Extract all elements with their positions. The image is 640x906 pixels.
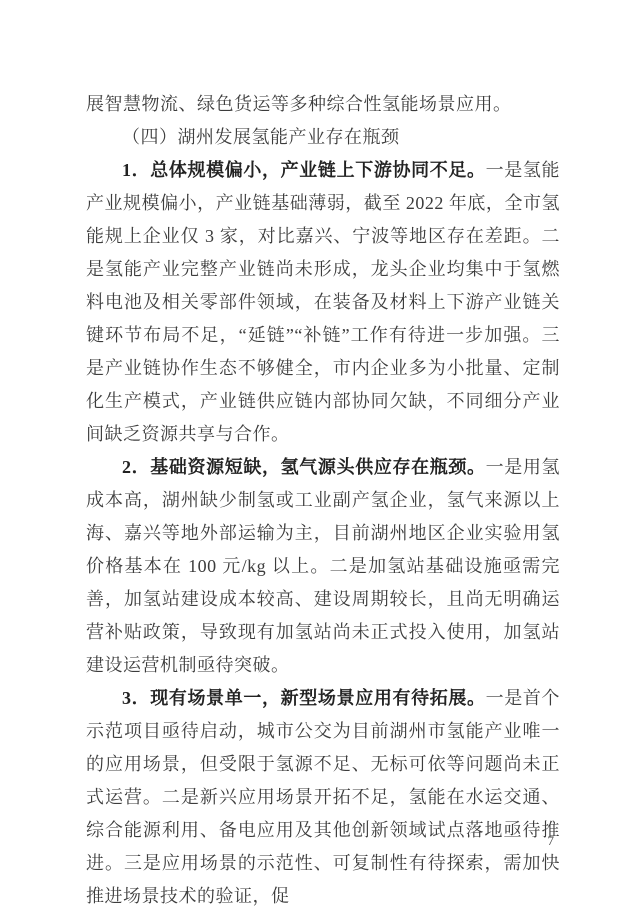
- paragraph-lead: 3．现有场景单一，新型场景应用有待拓展。: [122, 688, 486, 708]
- paragraph-lead: 2．基础资源短缺，氢气源头供应存在瓶颈。: [122, 457, 486, 477]
- paragraph-text: （四）湖州发展氢能产业存在瓶颈: [122, 127, 400, 147]
- paragraph-text: 一是用氢成本高，湖州缺少制氢或工业副产氢企业，氢气来源以上海、嘉兴等地外部运输为…: [86, 457, 560, 675]
- document-page: 展智慧物流、绿色货运等多种综合性氢能场景应用。（四）湖州发展氢能产业存在瓶颈1．…: [0, 0, 640, 906]
- paragraph-text: 展智慧物流、绿色货运等多种综合性氢能场景应用。: [86, 94, 512, 114]
- paragraph-text: 一是氢能产业规模偏小，产业链基础薄弱，截至 2022 年底，全市氢能规上企业仅 …: [86, 160, 560, 444]
- paragraph: 1．总体规模偏小，产业链上下游协同不足。一是氢能产业规模偏小，产业链基础薄弱，截…: [86, 154, 560, 451]
- paragraph: 3．现有场景单一，新型场景应用有待拓展。一是首个示范项目亟待启动，城市公交为目前…: [86, 682, 560, 906]
- paragraph: 2．基础资源短缺，氢气源头供应存在瓶颈。一是用氢成本高，湖州缺少制氢或工业副产氢…: [86, 451, 560, 682]
- paragraph-lead: 1．总体规模偏小，产业链上下游协同不足。: [122, 160, 486, 180]
- paragraph-text: 一是首个示范项目亟待启动，城市公交为目前湖州市氢能产业唯一的应用场景，但受限于氢…: [86, 688, 560, 906]
- document-body: 展智慧物流、绿色货运等多种综合性氢能场景应用。（四）湖州发展氢能产业存在瓶颈1．…: [86, 88, 560, 906]
- section-heading: （四）湖州发展氢能产业存在瓶颈: [86, 121, 560, 154]
- paragraph: 展智慧物流、绿色货运等多种综合性氢能场景应用。: [86, 88, 560, 121]
- page-number: 7: [548, 832, 555, 850]
